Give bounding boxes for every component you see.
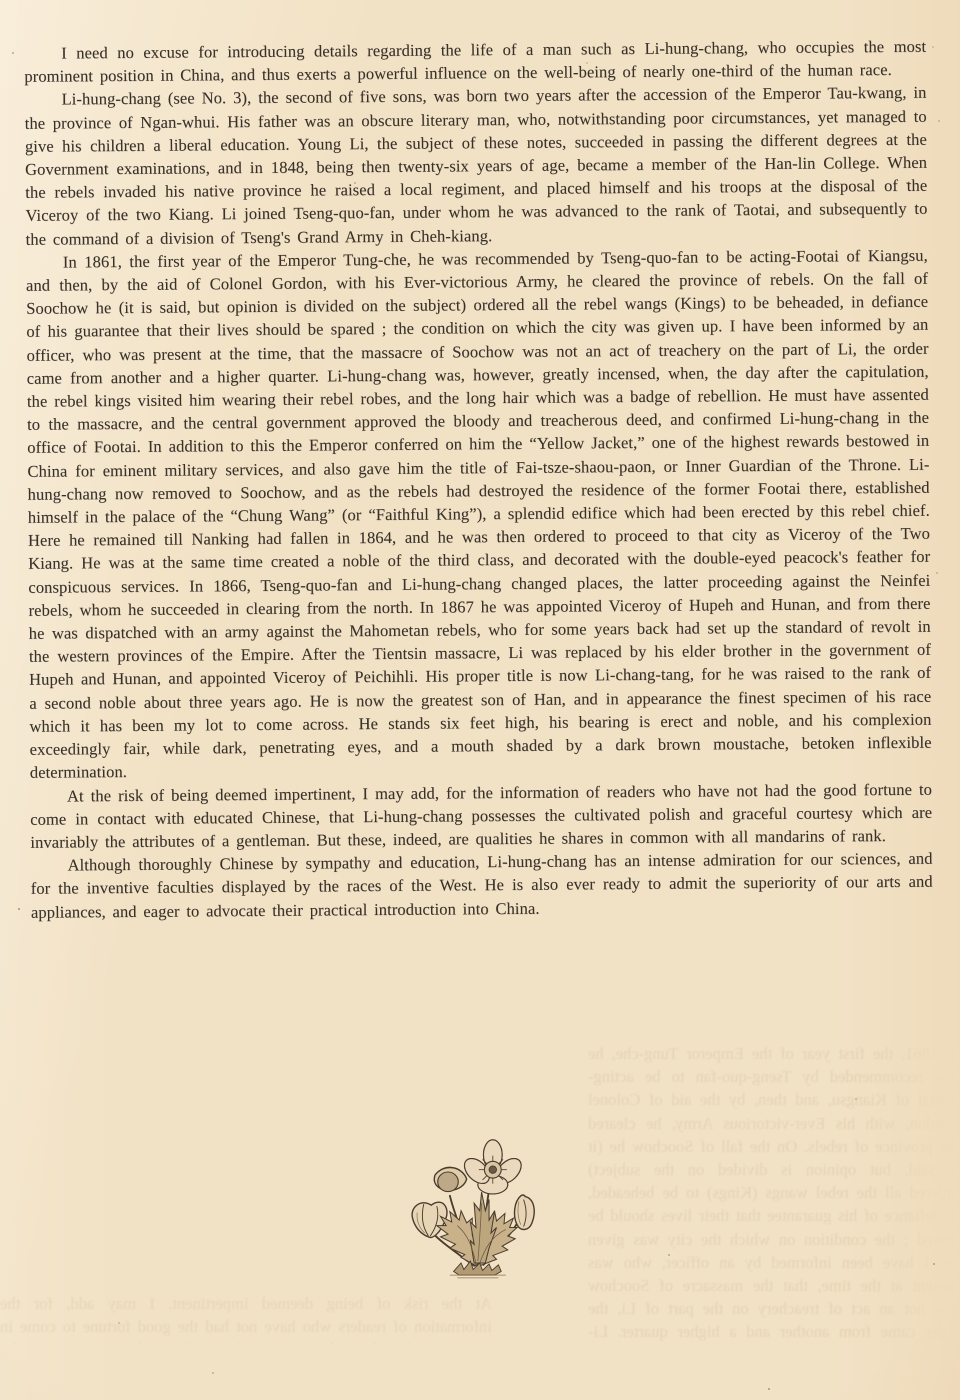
paper-speckles — [0, 0, 2, 2]
floral-vignette-illustration — [392, 1128, 560, 1300]
page-text: I need no excuse for introducing details… — [0, 34, 960, 923]
paragraph-intro: I need no excuse for introducing details… — [24, 35, 926, 88]
paragraph-early-life: Li-hung-chang (see No. 3), the second of… — [24, 81, 927, 251]
page-bleedthrough-right: In 1861, the first year of the Emperor T… — [588, 1042, 960, 1342]
poppy-engraving-svg — [392, 1128, 560, 1300]
paragraph-character: At the risk of being deemed impertinent,… — [30, 777, 933, 854]
paragraph-career: In 1861, the first year of the Emperor T… — [26, 244, 932, 785]
paragraph-closing: Although thoroughly Chinese by sympathy … — [30, 847, 933, 924]
